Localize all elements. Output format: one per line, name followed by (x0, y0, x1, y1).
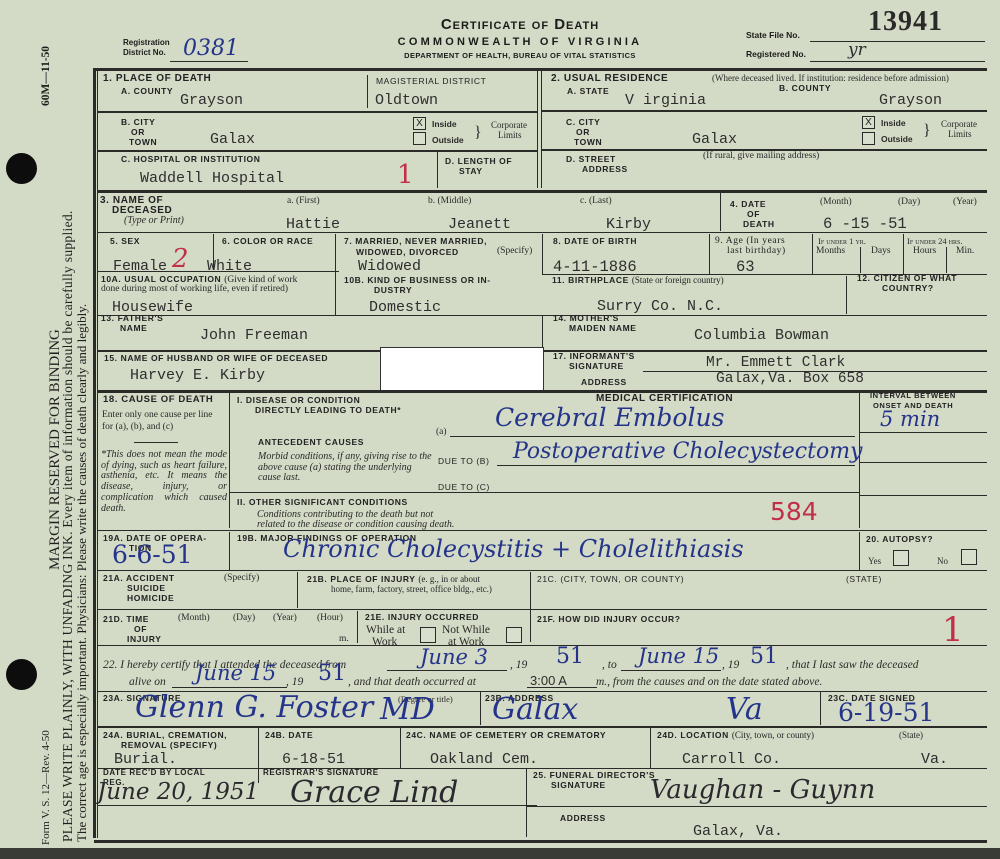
autopsy-yes-checkbox[interactable] (893, 550, 909, 566)
under-1-year-label: If under 1 yr. (818, 236, 866, 246)
cause-a: Cerebral Embolus (495, 403, 724, 432)
marital-label-2: Widowed, Divorced (356, 247, 459, 257)
rule (97, 111, 537, 113)
burial-state: Va. (921, 751, 948, 768)
outside-limits-checkbox-2[interactable] (862, 132, 875, 145)
cause-of-death-label: 18. Cause of Death (103, 395, 213, 405)
last-label: c. (Last) (580, 196, 612, 206)
alive-on-date: June 15 (195, 661, 276, 685)
spouse-label: 15. Name of Husband or Wife of Deceased (104, 353, 328, 363)
divider (720, 193, 721, 231)
binding-hole-bottom (6, 659, 37, 690)
first-label: a. (First) (287, 196, 320, 206)
cemetery-name: Oakland Cem. (430, 751, 538, 768)
divider (526, 769, 527, 837)
due-to-b-label: Due to (b) (438, 456, 490, 466)
type-or-print-label: (Type or Print) (124, 216, 184, 227)
registration-label: Registration District No. (123, 38, 170, 58)
cause-note-2: for (a), (b), and (c) (102, 422, 173, 432)
min-label: Min. (956, 246, 974, 256)
physician-address-state: Va (726, 692, 763, 727)
cause-a-line (450, 436, 855, 437)
death-time-statement-end: m., from the causes and on the date stat… (596, 677, 822, 688)
funeral-address-label: Address (560, 813, 606, 823)
from-date-line (387, 670, 507, 671)
operation-findings: Chronic Cholecystitis + Cholelithiasis (283, 535, 744, 563)
informant-address: Galax,Va. Box 658 (716, 371, 864, 387)
sex-value: Female (113, 258, 167, 275)
cause-note-1: Enter only one cause per line (102, 410, 213, 420)
divider (846, 276, 847, 314)
location-state-label: (State) (899, 730, 923, 740)
divider (542, 316, 543, 350)
inside-limits-checkbox-2[interactable]: X (862, 116, 875, 129)
divider (709, 234, 710, 274)
informant-name: Mr. Emmett Clark (706, 355, 845, 371)
divider (820, 692, 821, 725)
injury-month-label: (Month) (178, 613, 210, 623)
last-name: Kirby (606, 216, 651, 233)
rule (229, 492, 859, 493)
autopsy-label: 20. Autopsy? (866, 534, 933, 544)
rule (97, 390, 987, 393)
county-label: a. County (121, 86, 173, 96)
divider (229, 393, 230, 528)
middle-name: Jeanett (448, 216, 511, 233)
under-24-hours-label: If under 24 hrs. (907, 236, 963, 246)
residence-city: Galax (692, 131, 737, 148)
due-to-c-label: Due to (c) (438, 482, 490, 492)
informant-address-label: Address (581, 377, 627, 387)
father-name: John Freeman (200, 327, 308, 344)
divider (258, 769, 259, 783)
registered-label: Registered No. (746, 49, 806, 59)
name-label: 3. Name of Deceased (100, 196, 172, 216)
day-label: (Day) (898, 197, 920, 207)
registration-district-no: 0381 (183, 36, 239, 61)
date-of-death-label: 4. Date of Death (730, 199, 775, 229)
residence-county-label: b. County (779, 83, 831, 93)
date-of-death: 6 -15 -51 (823, 215, 907, 233)
autopsy-no-checkbox[interactable] (961, 549, 977, 565)
dob-label: 8. Date of Birth (553, 236, 637, 246)
injury-year-label: (Year) (273, 613, 297, 623)
outside-limits-checkbox-1[interactable] (413, 132, 426, 145)
alive-year-prefix: , 19 (286, 677, 303, 688)
spouse-name: Harvey E. Kirby (130, 367, 265, 384)
from-year-prefix: , 19 (510, 660, 527, 671)
inside-limits-checkbox-1[interactable]: X (413, 117, 426, 130)
certificate-title: Certificate of Death (370, 16, 670, 33)
autopsy-yes-label: Yes (868, 556, 881, 566)
physician-degree: MD (380, 692, 435, 727)
divider (542, 234, 543, 274)
divider (859, 532, 860, 570)
while-at-work-checkbox[interactable] (420, 627, 436, 643)
alive-on-year: 51 (318, 661, 346, 686)
divider (437, 152, 438, 188)
cause-a-interval: 5 min (880, 407, 940, 431)
disposition: Burial. (114, 751, 177, 768)
to-label: , to (602, 660, 617, 671)
race-value: White (207, 258, 252, 275)
part2-label: II. Other Significant Conditions (237, 497, 408, 507)
state-label: a. State (567, 86, 609, 96)
rule (97, 570, 987, 571)
physician-address-city: Galax (492, 692, 578, 727)
sex-label: 5. Sex (110, 236, 140, 246)
binding-hole-top (6, 153, 37, 184)
operation-date: 6-6-51 (112, 540, 193, 569)
hospital-name: Waddell Hospital (140, 170, 284, 187)
length-of-stay-label: d. Length of Stay (445, 156, 512, 176)
certify-statement-end: , that I last saw the deceased (786, 660, 919, 671)
funeral-director-signature: Vaughan - Guynn (650, 775, 875, 805)
section-divider (541, 70, 542, 188)
red-tally-mark: 1 (397, 160, 414, 190)
registered-number: yr (848, 40, 866, 60)
funeral-director-label: 25. Funeral Director's Signature (533, 770, 655, 790)
middle-label: b. (Middle) (428, 196, 471, 206)
asterisk-note: *This does not mean the mode of dying, s… (101, 450, 227, 514)
rule (97, 645, 987, 646)
not-while-at-work-checkbox[interactable] (506, 627, 522, 643)
attended-from-date: June 3 (420, 645, 488, 669)
marital-status: Widowed (358, 258, 421, 275)
part1-label: I. Disease or Condition Directly Leading… (237, 395, 401, 415)
rule (97, 609, 987, 610)
autopsy-no-label: No (937, 556, 948, 566)
frame-left (93, 68, 96, 838)
state-file-line (810, 41, 985, 42)
divider (812, 234, 813, 274)
citizen-label: 12. Citizen of What Country? (857, 273, 957, 293)
divider (297, 572, 298, 608)
birthplace-label: 11. Birthplace (State or foreign country… (552, 275, 724, 285)
hospital-label: c. Hospital or Institution (121, 154, 260, 164)
corporate-label: Corporate Limits (491, 120, 527, 140)
rule (97, 190, 987, 193)
divider (367, 75, 368, 108)
residence-state: V irginia (625, 92, 706, 109)
injury-m-label: m. (339, 634, 349, 644)
city-label: b. City or Town (121, 117, 157, 147)
interval-b-line (860, 462, 987, 463)
divider (357, 611, 358, 643)
industry-label: 10b. Kind of Business or In- dustry (344, 275, 491, 295)
divider (946, 247, 947, 273)
first-name: Hattie (286, 216, 340, 233)
burial-label: 24a. Burial, Cremation, Removal (Specify… (103, 730, 227, 750)
burial-date: 6-18-51 (282, 751, 345, 768)
mother-name: Columbia Bowman (694, 327, 829, 344)
part2-note-2: related to the disease or condition caus… (257, 520, 454, 531)
divider (258, 727, 259, 769)
cause-b-line (497, 465, 855, 466)
marital-label-1: 7. Married, Never Married, (344, 236, 487, 246)
outside-label: Outside (881, 134, 913, 144)
divider (650, 727, 651, 769)
injury-state-label: (State) (846, 574, 882, 584)
corporate-label: Corporate Limits (941, 119, 977, 139)
divider (229, 532, 230, 570)
rule (97, 805, 537, 806)
rule (97, 726, 987, 728)
morbid-note: Morbid conditions, if any, giving rise t… (258, 452, 433, 484)
rule (527, 806, 987, 807)
informant-label: 17. Informant's Signature (553, 351, 635, 371)
physician-signature: Glenn G. Foster (135, 690, 373, 725)
red-code-number: 584 (770, 497, 818, 526)
attended-to-year: 51 (750, 644, 778, 669)
industry-value: Domestic (369, 299, 441, 316)
alive-date-line (172, 687, 287, 688)
interval-a-line (860, 432, 987, 433)
date-received: June 20, 1951 (97, 779, 259, 805)
alive-on-label: alive on (129, 677, 166, 688)
frame-left-inner (97, 70, 98, 838)
certificate-subtitle: Commonwealth of Virginia (360, 36, 680, 48)
hours-label: Hours (913, 246, 936, 256)
residence-county: Grayson (879, 92, 942, 109)
mother-label: 14. Mother's Maiden Name (553, 313, 637, 333)
death-city: Galax (210, 131, 255, 148)
street-note: (If rural, give mailing address) (703, 151, 819, 161)
divider (480, 692, 481, 725)
department-name: Department of Health, Bureau of Vital St… (360, 51, 680, 60)
burial-location: Carroll Co. (682, 751, 781, 768)
registration-line (170, 61, 248, 62)
divider (860, 247, 861, 273)
divider (530, 572, 531, 642)
form-code: 60M—11-50 (40, 46, 52, 106)
sex-code-mark: 2 (172, 244, 189, 274)
father-label: 13. Father's Name (101, 313, 163, 333)
injury-time-label: 21d. Time of Injury (103, 614, 161, 644)
days-label: Days (871, 246, 891, 256)
outside-label: Outside (432, 135, 464, 145)
months-label: Months (816, 246, 845, 256)
accident-specify: (Specify) (224, 573, 259, 583)
brace: } (474, 119, 482, 147)
residence-note: (Where deceased lived. If institution: r… (712, 73, 949, 83)
certificate-paper: 60M—11-50 Form V. S. 12—Rev. 4-50 MARGIN… (0, 0, 1000, 848)
death-occurred-label: , and that death occurred at (348, 677, 476, 688)
scan-edge (0, 848, 1000, 859)
injury-city-label: 21c. (City, Town, or County) (537, 574, 684, 584)
attended-from-year: 51 (556, 644, 584, 669)
race-label: 6. Color or Race (222, 236, 313, 246)
inside-label: Inside (881, 118, 906, 128)
rule (542, 110, 987, 112)
attended-to-date: June 15 (638, 644, 719, 668)
divider (335, 234, 336, 316)
divider (903, 234, 904, 274)
injury-place-note: home, farm, factory, street, office bldg… (331, 584, 492, 594)
how-injury-label: 21f. How Did Injury Occur? (537, 614, 681, 624)
magisterial-label: Magisterial District (376, 76, 486, 86)
occupation-note: done during most of working life, even i… (101, 284, 288, 294)
month-label: (Month) (820, 197, 852, 207)
accident-label: 21a. Accident Suicide Homicide (103, 573, 175, 603)
magisterial-district: Oldtown (375, 92, 438, 109)
injury-day-label: (Day) (233, 613, 255, 623)
place-of-death-label: 1. Place of Death (103, 74, 211, 84)
rule (97, 232, 987, 233)
brace: } (923, 117, 931, 145)
year-label: (Year) (953, 197, 977, 207)
death-time: 3:00 A (530, 673, 567, 688)
divider (400, 727, 401, 769)
location-label: 24d. Location (City, town, or county) (657, 730, 814, 740)
cemetery-label: 24c. Name of Cemetery or Crematory (406, 730, 606, 740)
state-file-label: State File No. (746, 30, 800, 40)
instruction-line-2: The correct age is especially important.… (74, 304, 90, 842)
to-date-line (621, 670, 721, 671)
to-year-prefix: , 19 (722, 660, 739, 671)
section-divider (537, 70, 538, 188)
form-rev: Form V. S. 12—Rev. 4-50 (40, 730, 52, 845)
rule (97, 271, 339, 272)
red-tick-mark: 1 (942, 610, 964, 650)
funeral-address: Galax, Va. (693, 823, 783, 840)
date-signed: 6-19-51 (838, 698, 934, 727)
residence-city-label: c. City or Town (566, 117, 602, 147)
cause-b: Postoperative Cholecystectomy (513, 439, 863, 464)
interval-c-line (860, 495, 987, 496)
death-county: Grayson (180, 92, 243, 109)
frame-bottom (94, 840, 987, 843)
street-label: d. Street Address (566, 154, 628, 174)
age-label: 9. Age (In years last birthday) (715, 236, 786, 256)
specify-label: (Specify) (497, 246, 532, 256)
injury-hour-label: (Hour) (317, 613, 343, 623)
inside-label: Inside (432, 119, 457, 129)
redacted-area (380, 347, 544, 391)
injury-place-label: 21b. Place of Injury (e. g., in or about (307, 574, 480, 584)
registered-line (810, 61, 985, 62)
rule (97, 530, 987, 531)
usual-residence-label: 2. Usual Residence (551, 74, 668, 84)
rule (97, 150, 537, 152)
cause-a-label: (a) (436, 427, 447, 437)
state-file-number: 13941 (868, 6, 943, 38)
antecedent-label: Antecedent Causes (258, 437, 364, 447)
burial-date-label: 24b. Date (265, 730, 313, 740)
rule (97, 768, 987, 769)
injury-occurred-label: 21e. Injury Occurred (365, 612, 479, 622)
short-rule (134, 442, 178, 443)
